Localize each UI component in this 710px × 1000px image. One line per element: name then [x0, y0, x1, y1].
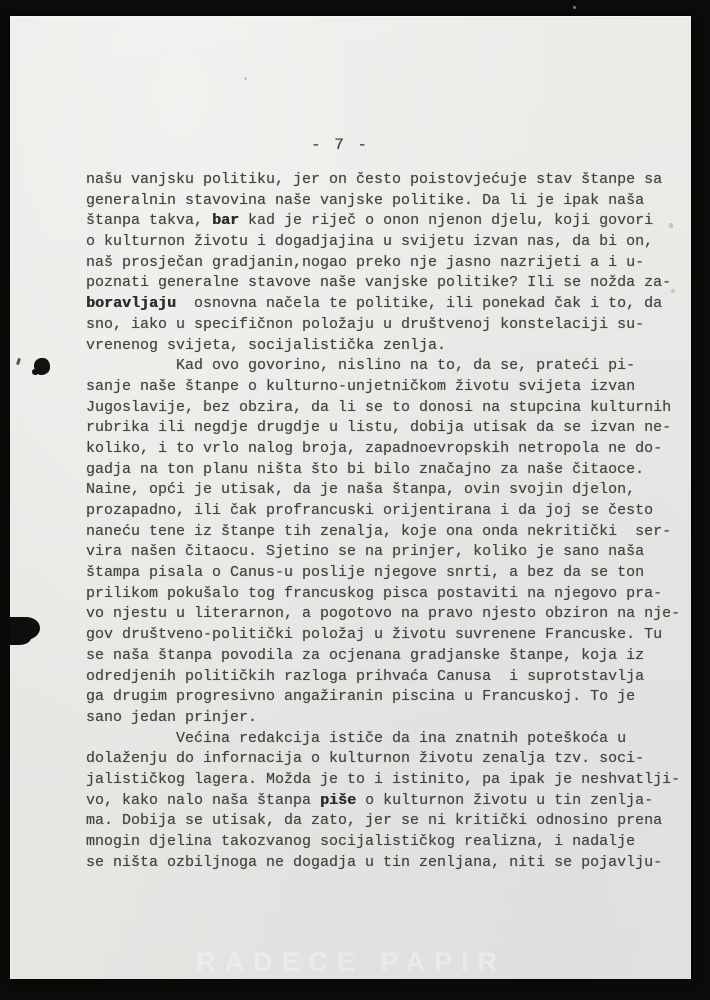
text-line: vrenenog svijeta, socijalistička zenlja.	[86, 336, 681, 357]
pencil-mark	[671, 289, 675, 293]
text-line: ga drugim progresivno angažiranin piscin…	[86, 687, 681, 708]
text-line: prilikom pokušalo tog francuskog pisca p…	[86, 584, 681, 605]
text-line: gov društveno-politički položaj u životu…	[86, 625, 681, 646]
text-line: Jugoslavije, bez obzira, da li se to don…	[86, 398, 681, 419]
text-line: generalnin stavovina naše vanjske politi…	[86, 191, 681, 212]
document-page: - 7 - našu vanjsku politiku, jer on čest…	[10, 16, 691, 979]
text-line: mnogin djelina takozvanog socijalističko…	[86, 832, 681, 853]
text-line: našu vanjsku politiku, jer on često pois…	[86, 170, 681, 191]
text-line: vira našen čitaocu. Sjetino se na prinje…	[86, 542, 681, 563]
page-number: - 7 -	[311, 136, 369, 154]
text-line: štampa pisala o Canus-u poslije njegove …	[86, 563, 681, 584]
text-line: prozapadno, ili čak profrancuski orijent…	[86, 501, 681, 522]
dust-speck	[244, 77, 247, 80]
dust-speck	[573, 6, 576, 9]
text-line: vo njestu u literarnon, a pogotovo na pr…	[86, 604, 681, 625]
text-line: jalističkog lagera. Možda je to i istini…	[86, 770, 681, 791]
pen-mark	[16, 358, 21, 366]
paper-watermark: RADECE PAPIR	[11, 947, 691, 978]
text-line: sno, iako u specifičnon položaju u društ…	[86, 315, 681, 336]
text-line: koliko, i to vrlo nalog broja, zapadnoev…	[86, 439, 681, 460]
text-line: naneću tene iz štanpe tih zenalja, koje …	[86, 522, 681, 543]
text-line: boravljaju osnovna načela te politike, i…	[86, 294, 681, 315]
text-line: Kad ovo govorino, nislino na to, da se, …	[86, 356, 681, 377]
text-line: se naša štanpa povodila za ocjenana grad…	[86, 646, 681, 667]
text-line: o kulturnon životu i dogadjajina u svije…	[86, 232, 681, 253]
text-line: sano jedan prinjer.	[86, 708, 681, 729]
text-line: Naine, opći je utisak, da je naša štanpa…	[86, 480, 681, 501]
text-line: poznati generalne stavove naše vanjske p…	[86, 273, 681, 294]
text-line: Većina redakcija ističe da ina znatnih p…	[86, 729, 681, 750]
ink-blot	[32, 369, 38, 375]
text-line: vo, kako nalo naša štanpa piše o kulturn…	[86, 791, 681, 812]
ink-blot	[10, 632, 31, 645]
text-line: rubrika ili negdje drugdje u listu, dobi…	[86, 418, 681, 439]
scan-background: - 7 - našu vanjsku politiku, jer on čest…	[0, 0, 710, 1000]
text-line: dolaženju do infornacija o kulturnon živ…	[86, 749, 681, 770]
text-line: naš prosječan gradjanin,nogao preko nje …	[86, 253, 681, 274]
text-block: našu vanjsku politiku, jer on često pois…	[86, 170, 681, 873]
text-line: se ništa ozbiljnoga ne dogadja u tin zen…	[86, 853, 681, 874]
text-line: gadja na ton planu ništa što bi bilo zna…	[86, 460, 681, 481]
text-line: ma. Dobija se utisak, da zato, jer se ni…	[86, 811, 681, 832]
text-line: štanpa takva, bar kad je riječ o onon nj…	[86, 211, 681, 232]
text-line: sanje naše štanpe o kulturno-unjetničkom…	[86, 377, 681, 398]
text-line: odredjenih političkih razloga prihvaća C…	[86, 667, 681, 688]
